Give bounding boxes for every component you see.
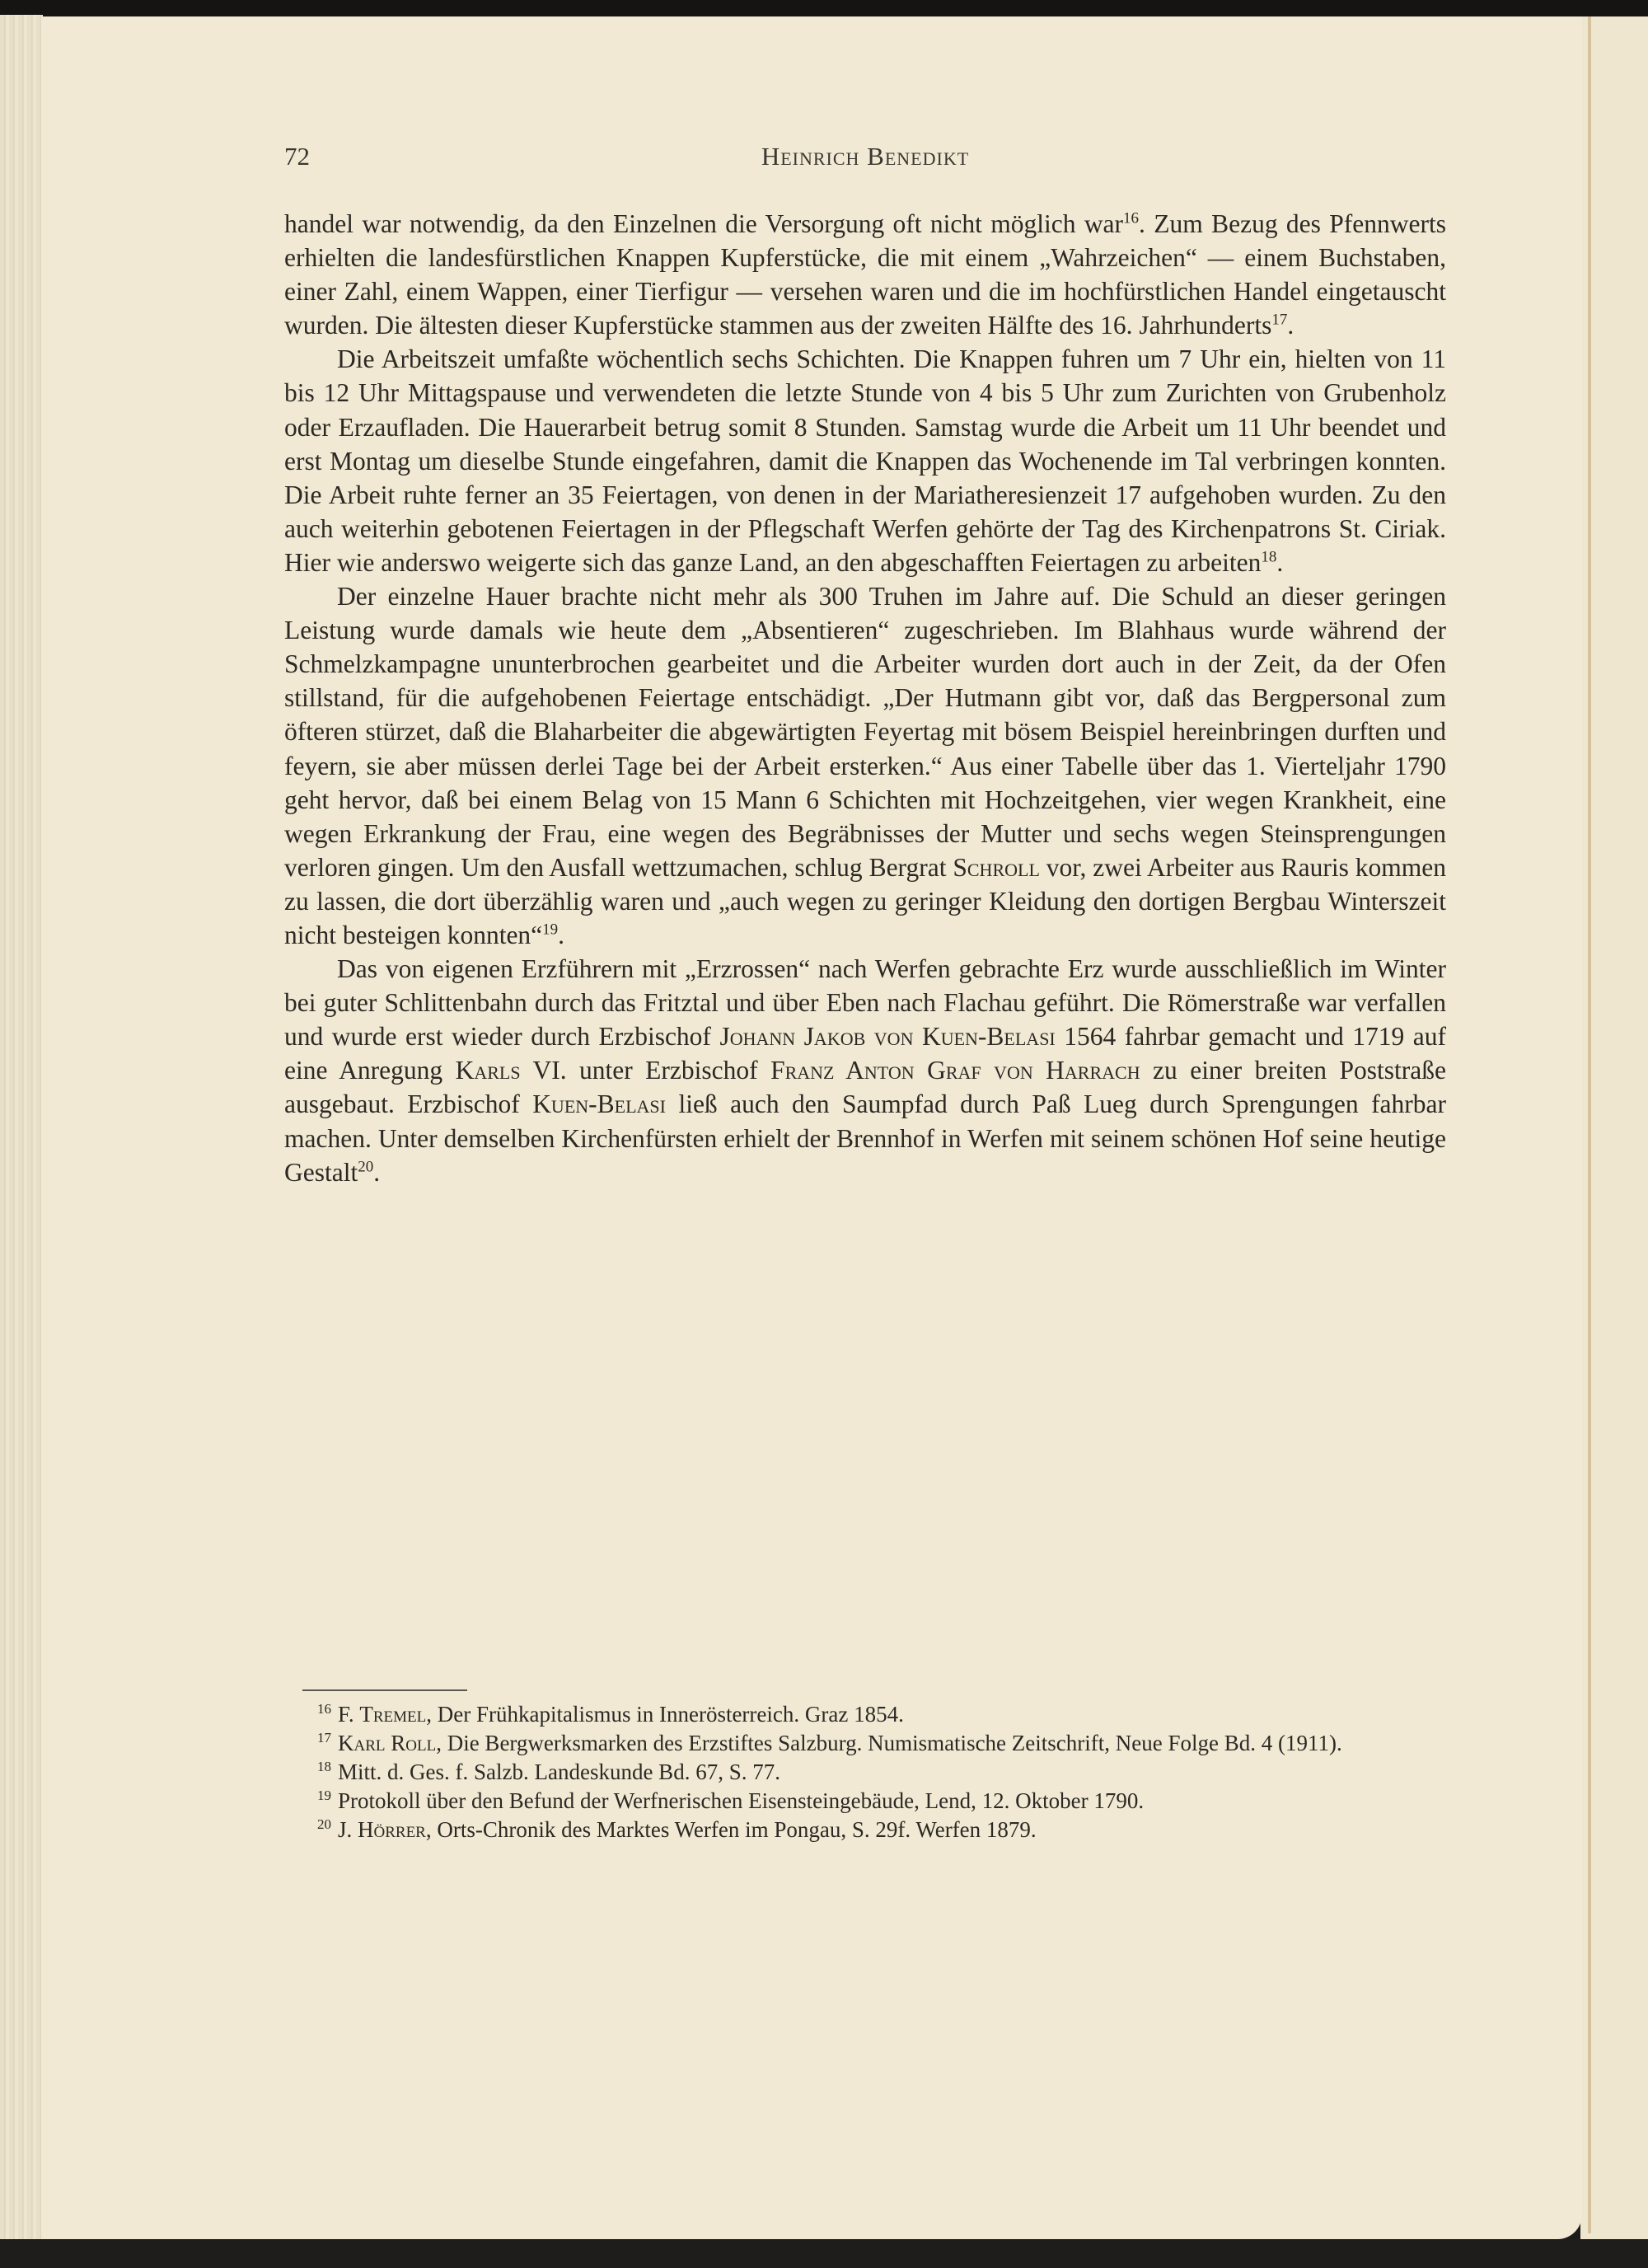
footnote-reference[interactable]: 19: [542, 921, 558, 938]
book-page-stack-edge: [0, 15, 43, 2240]
person-name: Hörrer: [358, 1817, 426, 1842]
text-run: handel war notwendig, da den Einzelnen d…: [284, 209, 1123, 238]
text-run: .: [558, 921, 564, 949]
person-name: Franz Anton Graf von Harrach: [770, 1056, 1140, 1085]
text-run: Die Arbeitszeit umfaßte wöchentlich sech…: [284, 344, 1446, 577]
text-run: F.: [338, 1702, 359, 1727]
footnote-19: 19Protokoll über den Befund der Werfneri…: [284, 1787, 1446, 1816]
text-run: Mitt. d. Ges. f. Salzb. Landeskunde Bd. …: [338, 1760, 780, 1784]
person-name: Johann Jakob von Kuen-Belasi: [719, 1022, 1055, 1051]
footnote-18: 18Mitt. d. Ges. f. Salzb. Landeskunde Bd…: [284, 1758, 1446, 1787]
paragraph: Der einzelne Hauer brachte nicht mehr al…: [284, 579, 1446, 952]
text-run: , Die Bergwerksmarken des Erzstiftes Sal…: [436, 1731, 1342, 1755]
text-run: , Orts-Chronik des Marktes Werfen im Pon…: [426, 1817, 1037, 1842]
text-run: .: [1287, 311, 1294, 340]
paragraph: Die Arbeitszeit umfaßte wöchentlich sech…: [284, 342, 1446, 579]
footnote-number: 19: [317, 1788, 331, 1803]
text-run: , Der Frühkapitalismus in Innerösterreic…: [426, 1702, 904, 1727]
body-text: handel war notwendig, da den Einzelnen d…: [284, 207, 1446, 1189]
footnotes: 16F. Tremel, Der Frühkapitalismus in Inn…: [284, 1700, 1446, 1844]
footnote-separator: [302, 1689, 467, 1691]
person-name: Schroll: [953, 853, 1040, 882]
footnote-16: 16F. Tremel, Der Frühkapitalismus in Inn…: [284, 1700, 1446, 1729]
person-name: Kuen-Belasi: [532, 1089, 666, 1118]
gutter-shadow: [1588, 16, 1591, 2233]
text-run: Der einzelne Hauer brachte nicht mehr al…: [284, 582, 1446, 882]
text-run: .: [373, 1158, 380, 1187]
running-head: 72 Heinrich Benedikt: [284, 142, 1446, 175]
footnote-reference[interactable]: 16: [1123, 210, 1139, 227]
footnote-number: 17: [317, 1730, 331, 1746]
footnote-20: 20J. Hörrer, Orts-Chronik des Marktes We…: [284, 1816, 1446, 1844]
paragraph: Das von eigenen Erzführern mit „Erzrosse…: [284, 952, 1446, 1189]
footnote-number: 18: [317, 1759, 331, 1774]
person-name: Karl Roll: [338, 1731, 436, 1755]
footnote-reference[interactable]: 18: [1261, 548, 1276, 565]
footnote-reference[interactable]: 17: [1271, 312, 1287, 329]
text-run: Protokoll über den Befund der Werfnerisc…: [338, 1788, 1144, 1813]
text-run: .: [1276, 548, 1283, 577]
footnote-17: 17Karl Roll, Die Bergwerksmarken des Erz…: [284, 1729, 1446, 1758]
text-run: VI. unter Erzbischof: [521, 1056, 770, 1085]
footnote-number: 16: [317, 1701, 331, 1717]
running-head-author: Heinrich Benedikt: [284, 142, 1446, 171]
person-name: Karls: [456, 1056, 521, 1085]
scan-background-top: [0, 0, 1648, 16]
person-name: Tremel: [359, 1702, 426, 1727]
footnote-reference[interactable]: 20: [358, 1158, 373, 1175]
footnote-number: 20: [317, 1816, 331, 1832]
text-run: J.: [338, 1817, 358, 1842]
paragraph: handel war notwendig, da den Einzelnen d…: [284, 207, 1446, 342]
scan-background-bottom: [0, 2239, 1648, 2268]
